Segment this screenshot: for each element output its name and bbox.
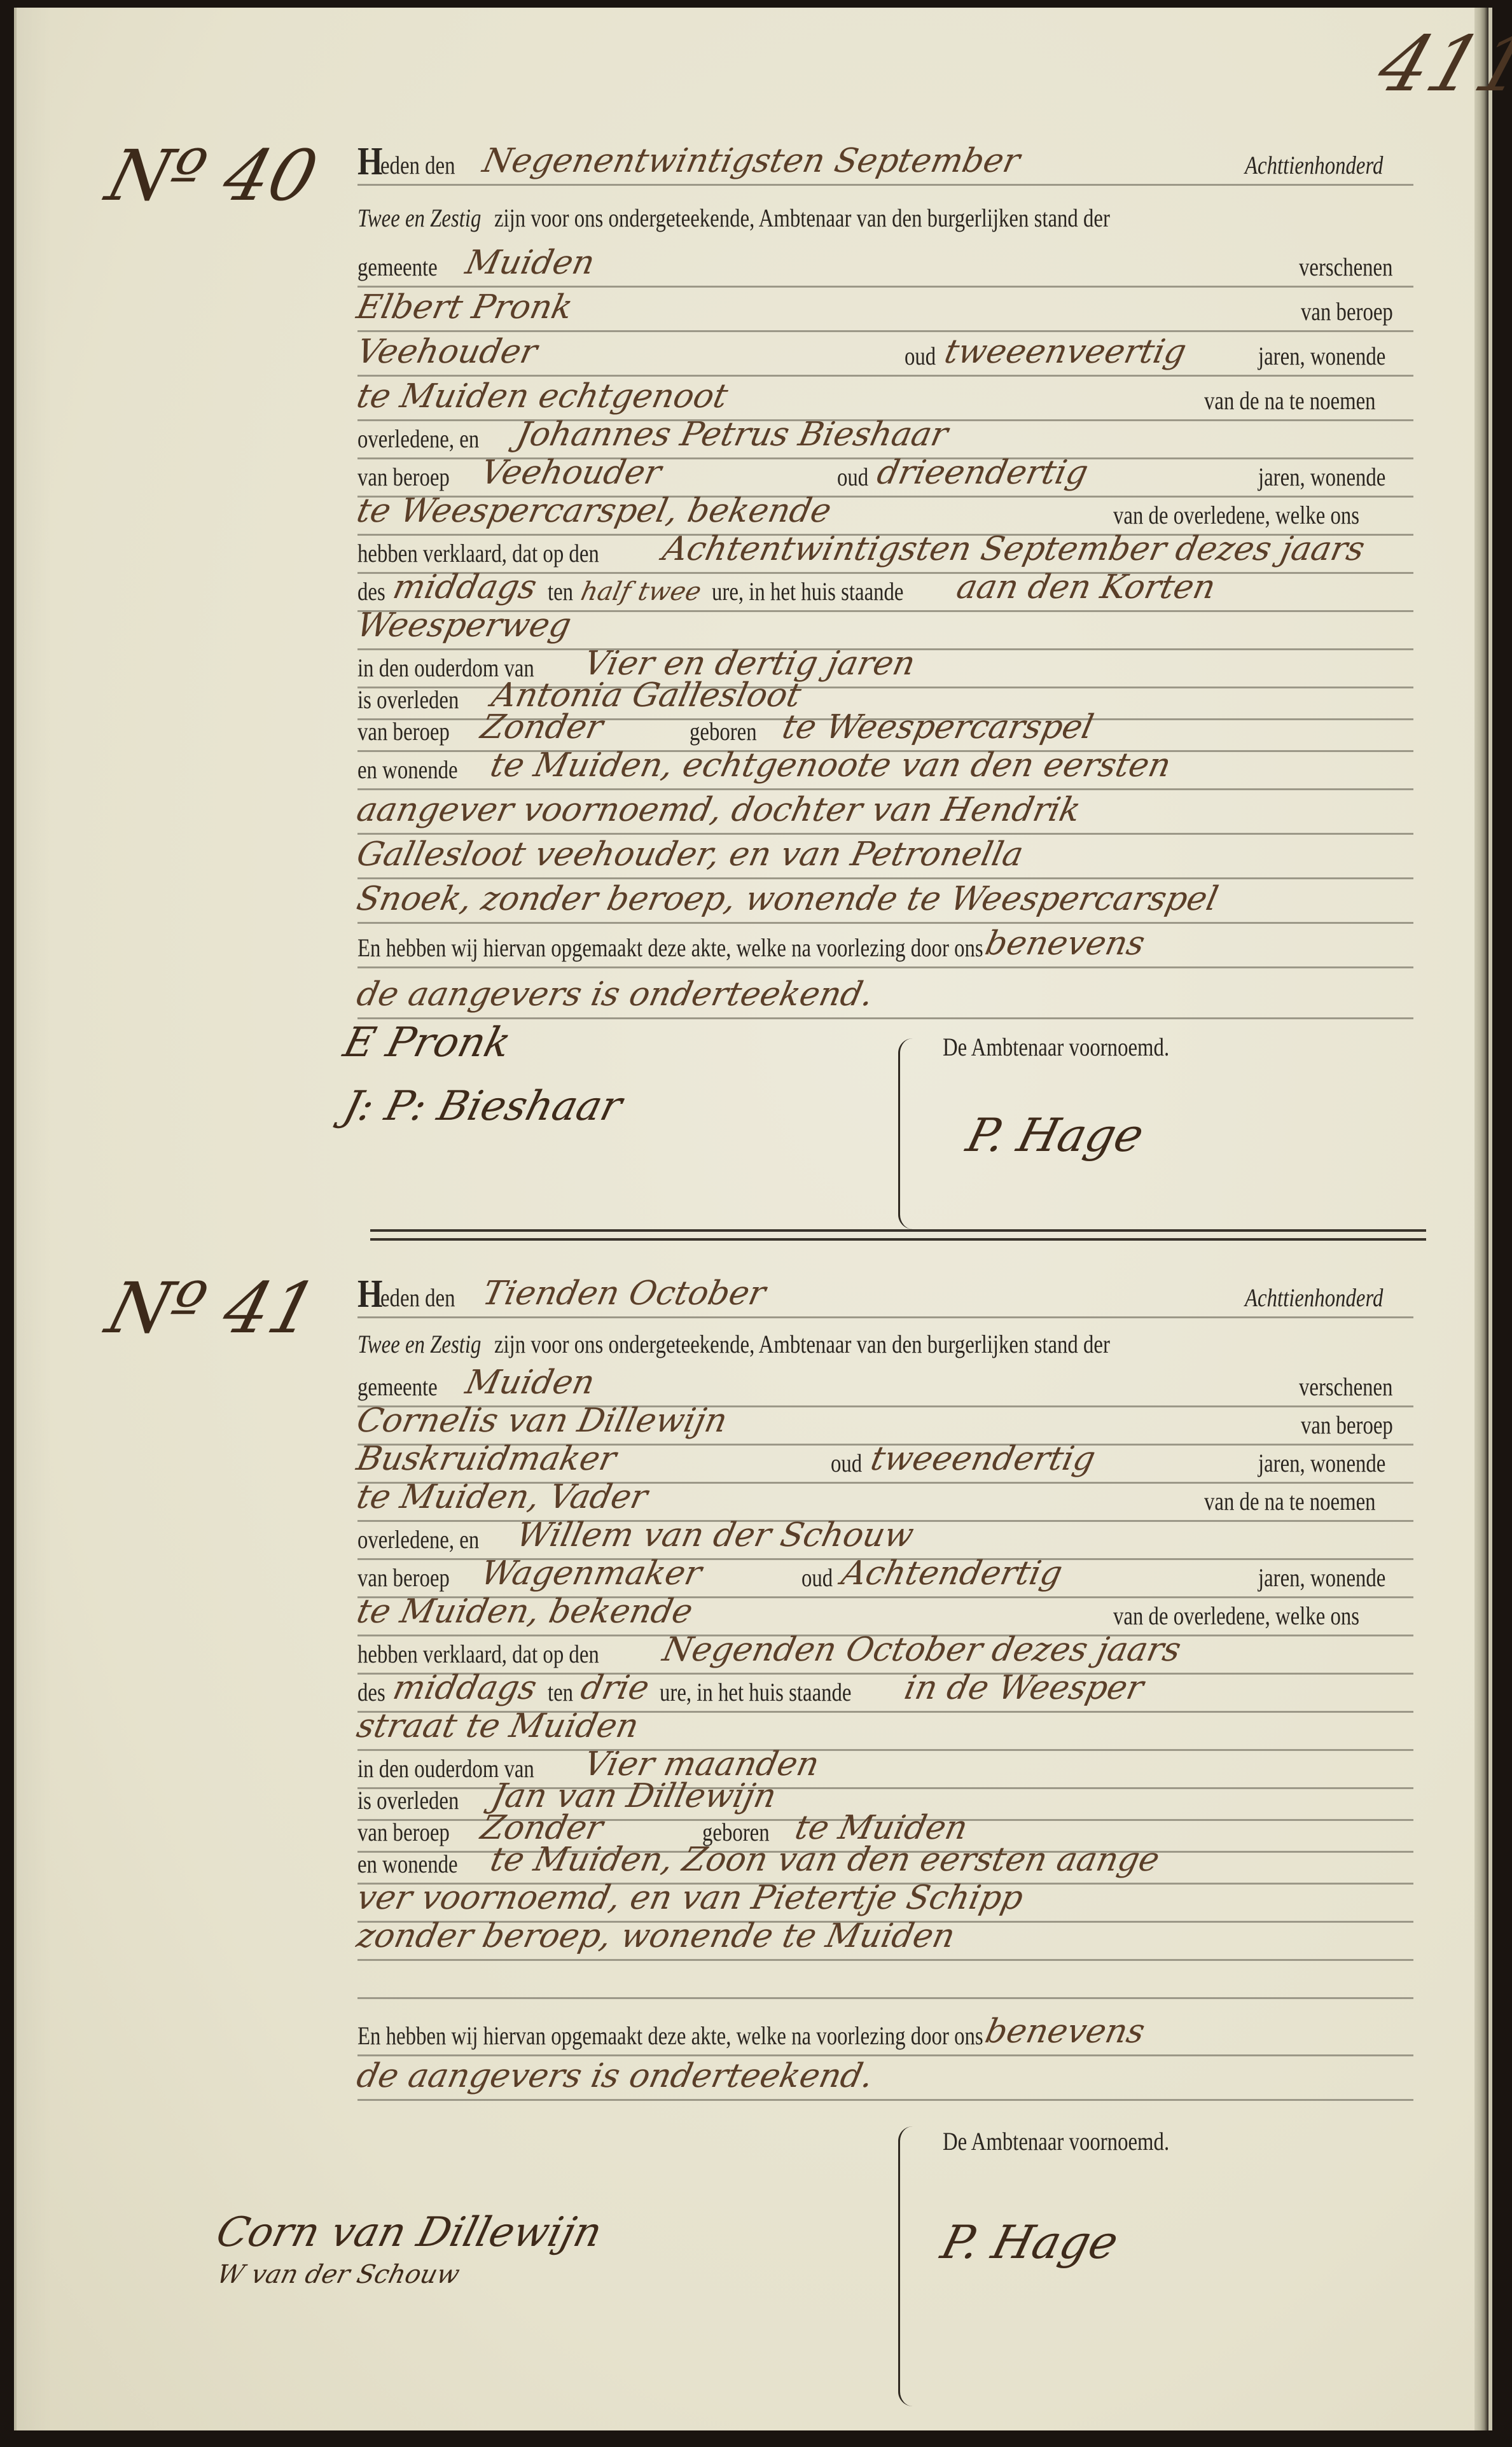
line-residence-3: Gallesloot veehouder, en van Petronella <box>357 835 1413 879</box>
declarant2-signature: J: P: Bieshaar <box>339 1083 627 1130</box>
residence-line: Snoek, zonder beroep, wonende te Weesper… <box>354 880 1222 918</box>
ten-label: ten <box>548 576 573 606</box>
gemeente-label: gemeente <box>357 1372 438 1402</box>
residence-line: te Muiden, Zoon van den eersten aange <box>487 1841 1163 1879</box>
jaren-wonende-label: jaren, wonende <box>1258 1563 1385 1593</box>
jaren-wonende-label: jaren, wonende <box>1258 1448 1385 1478</box>
line-declarant1: Elbert Pronk van beroep <box>357 288 1413 332</box>
record-number: Nº 41 <box>99 1267 326 1349</box>
death-location-1: aan den Korten <box>954 568 1219 606</box>
declarant1-signature: E Pronk <box>339 1019 516 1066</box>
line-heden: H eden den Tienden October Achttienhonde… <box>357 1274 1413 1318</box>
line-closing: En hebben wij hiervan opgemaakt deze akt… <box>357 2012 1413 2056</box>
death-hour: half twee <box>578 577 704 606</box>
oud-label: oud <box>801 1563 833 1593</box>
declarant1-occupation: Veehouder <box>354 333 541 371</box>
van-beroep-label: van beroep <box>357 716 450 746</box>
death-date: Achtentwintigsten September dezes jaars <box>660 530 1368 568</box>
intro-text: zijn voor ons ondergeteekende, Ambtenaar… <box>494 1329 1110 1359</box>
book-spine-edge <box>1474 8 1488 2430</box>
signature-brace <box>898 1038 913 1229</box>
declarant2-age: Achtendertig <box>838 1554 1065 1593</box>
line-closing-2: de aangevers is onderteekend. <box>357 975 1413 1019</box>
geboren-label: geboren <box>690 716 757 746</box>
signature-brace <box>898 2126 913 2406</box>
closing-hand-2: de aangevers is onderteekend. <box>354 975 877 1014</box>
van-beroep-label: van beroep <box>1301 1410 1393 1440</box>
jaren-wonende-label: jaren, wonende <box>1258 462 1385 492</box>
des-label: des <box>357 576 385 606</box>
declarant2-name: Willem van der Schouw <box>513 1516 917 1554</box>
declarant2-name: Johannes Petrus Bieshaar <box>513 415 952 454</box>
en-wonende-label: en wonende <box>357 755 458 784</box>
record-separator <box>370 1229 1426 1241</box>
year-label-2: Twee en Zestig <box>357 203 481 233</box>
heden-den-label: eden den <box>380 1283 455 1313</box>
line-intro: Twee en Zestig zijn voor ons ondergeteek… <box>357 192 1413 237</box>
declarant2-signature: W van der Schouw <box>214 2260 462 2289</box>
death-hour: drie <box>577 1669 652 1707</box>
ure-label: ure, in het huis staande <box>712 576 904 606</box>
van-beroep-label: van beroep <box>357 1563 450 1593</box>
van-de-overledene-label: van de overledene, welke ons <box>1113 500 1359 530</box>
van-de-na-label: van de na te noemen <box>1204 386 1376 415</box>
closing-hand-1: benevens <box>981 924 1148 963</box>
hebben-verklaard-label: hebben verklaard, dat op den <box>357 1639 599 1669</box>
line-blank <box>357 1955 1413 1999</box>
heden-initial: H <box>357 144 383 180</box>
closing-print: En hebben wij hiervan opgemaakt deze akt… <box>357 933 983 963</box>
van-de-na-label: van de na te noemen <box>1204 1486 1376 1516</box>
verschenen-label: verschenen <box>1299 1372 1393 1402</box>
declarant1-age: tweeenveertig <box>941 333 1189 371</box>
time-of-day: middags <box>390 1669 540 1707</box>
year-label-1: Achttienhonderd <box>1245 1283 1383 1313</box>
jaren-wonende-label: jaren, wonende <box>1258 341 1385 371</box>
des-label: des <box>357 1677 385 1707</box>
residence-line: ver voornoemd, en van Pietertje Schipp <box>354 1879 1027 1917</box>
declarant2-occupation: Veehouder <box>477 454 664 492</box>
record-date: Negenentwintigsten September <box>479 142 1023 180</box>
ure-label: ure, in het huis staande <box>660 1677 852 1707</box>
line-closing: En hebben wij hiervan opgemaakt deze akt… <box>357 924 1413 968</box>
oud-label: oud <box>837 462 868 492</box>
register-page: 411 Nº 40 H eden den Negenentwintigsten … <box>14 8 1492 2430</box>
declarant2-residence: te Muiden, bekende <box>354 1593 697 1631</box>
gemeente-value: Muiden <box>462 1363 599 1402</box>
residence-line: aangever voornoemd, dochter van Hendrik <box>354 791 1084 829</box>
gemeente-value: Muiden <box>462 244 599 282</box>
closing-hand-2: de aangevers is onderteekend. <box>354 2057 877 2095</box>
folio-number: 411 <box>1367 20 1512 109</box>
overledene-en-label: overledene, en <box>357 424 479 454</box>
declarant1-occupation: Buskruidmaker <box>354 1440 620 1478</box>
death-location-2: straat te Muiden <box>354 1707 642 1745</box>
declarant1-name: Cornelis van Dillewijn <box>354 1402 731 1440</box>
closing-print: En hebben wij hiervan opgemaakt deze akt… <box>357 2021 983 2051</box>
year-label-2: Twee en Zestig <box>357 1329 481 1359</box>
line-heden: H eden den Negenentwintigsten September … <box>357 141 1413 186</box>
declarant1-name: Elbert Pronk <box>354 288 576 326</box>
declarant1-signature: Corn van Dillewijn <box>212 2209 607 2256</box>
intro-text: zijn voor ons ondergeteekende, Ambtenaar… <box>494 203 1110 233</box>
van-de-overledene-label: van de overledene, welke ons <box>1113 1601 1359 1631</box>
declarant2-age: drieendertig <box>874 454 1092 492</box>
declarant1-age: tweeendertig <box>867 1440 1099 1478</box>
death-date: Negenden October dezes jaars <box>660 1631 1184 1669</box>
van-beroep-label: van beroep <box>357 462 450 492</box>
heden-initial: H <box>357 1277 383 1313</box>
line-closing-2: de aangevers is onderteekend. <box>357 2056 1413 2101</box>
residence-line: Gallesloot veehouder, en van Petronella <box>354 835 1027 874</box>
line-residence-2: aangever voornoemd, dochter van Hendrik <box>357 790 1413 835</box>
declarant2-occupation: Wagenmaker <box>477 1554 705 1593</box>
birthplace: te Weespercarspel <box>779 708 1097 746</box>
residence-line: te Muiden, echtgenoote van den eersten <box>487 746 1174 784</box>
official-signature: P. Hage <box>936 2215 1124 2269</box>
declarant1-residence: te Muiden, Vader <box>354 1478 651 1516</box>
hebben-verklaard-label: hebben verklaard, dat op den <box>357 538 599 568</box>
heden-den-label: eden den <box>380 150 455 180</box>
residence-line: zonder beroep, wonende te Muiden <box>354 1917 959 1955</box>
declarant1-residence: te Muiden echtgenoot <box>354 377 732 415</box>
line-residence-4: Snoek, zonder beroep, wonende te Weesper… <box>357 879 1413 924</box>
official-label: De Ambtenaar voornoemd. <box>943 1032 1169 1062</box>
deceased-occupation: Zonder <box>477 708 606 746</box>
line-residence-1: en wonende te Muiden, echtgenoote van de… <box>357 746 1413 790</box>
official-signature: P. Hage <box>962 1108 1149 1162</box>
record-number: Nº 40 <box>99 135 326 216</box>
official-label: De Ambtenaar voornoemd. <box>943 2126 1169 2156</box>
line-declarant1-occupation: Veehouder oud tweeenveertig jaren, wonen… <box>357 332 1413 377</box>
ten-label: ten <box>548 1677 573 1707</box>
gemeente-label: gemeente <box>357 252 438 282</box>
van-beroep-label: van beroep <box>1301 296 1393 326</box>
closing-hand-1: benevens <box>981 2012 1148 2051</box>
line-intro: Twee en Zestig zijn voor ons ondergeteek… <box>357 1318 1413 1363</box>
en-wonende-label: en wonende <box>357 1849 458 1879</box>
record-date: Tienden October <box>479 1274 768 1313</box>
death-location-2: Weesperweg <box>354 606 575 645</box>
verschenen-label: verschenen <box>1299 252 1393 282</box>
death-location-1: in de Weesper <box>901 1669 1147 1707</box>
overledene-en-label: overledene, en <box>357 1524 479 1554</box>
oud-label: oud <box>905 341 936 371</box>
declarant2-residence: te Weespercarspel, bekende <box>354 492 835 530</box>
line-gemeente: gemeente Muiden verschenen <box>357 243 1413 288</box>
time-of-day: middags <box>390 568 540 606</box>
oud-label: oud <box>831 1448 862 1478</box>
year-label-1: Achttienhonderd <box>1245 150 1383 180</box>
